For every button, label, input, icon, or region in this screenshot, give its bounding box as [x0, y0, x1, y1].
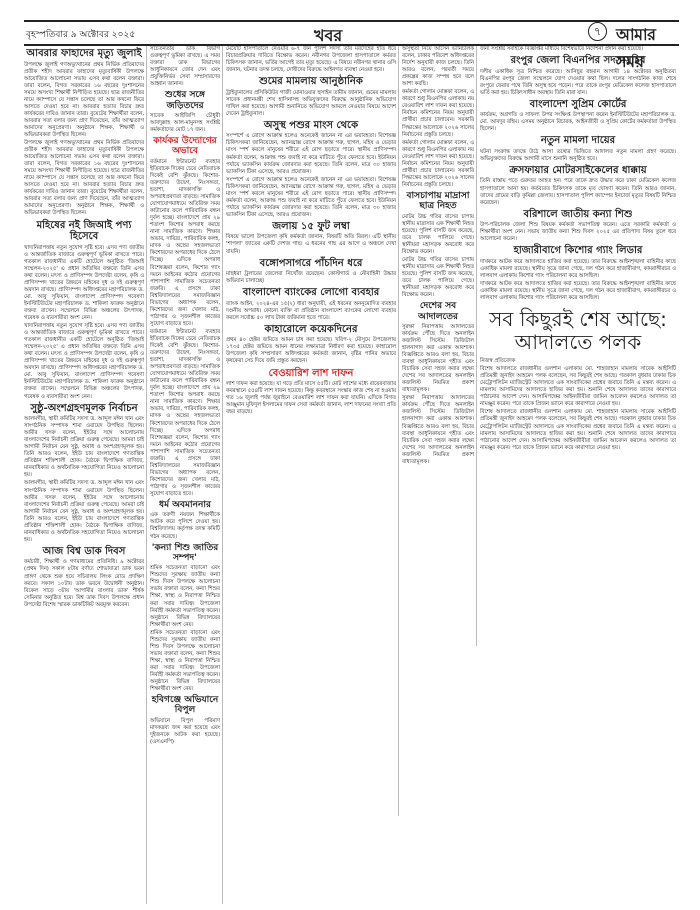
column-5: জন্য সংশ্লিষ্ট সবাইকে বিজ্ঞপ্তির মাধ্যমে…: [480, 46, 676, 906]
headline: বাসচাপায় মাদ্রাসা ছাত্র নিহত: [402, 191, 474, 212]
headline: অসুস্থ পশুর মাংস থেকে: [226, 120, 396, 132]
article-body: সচেতনতায় ডাক বিভাগ গুরুত্বপূর্ণ ভূমিকা …: [150, 46, 220, 88]
headline: জলায় ১৫ ফুট লম্বা: [226, 221, 396, 233]
article-body: অভিযানে বিপুল পরিমাণ মাদকদ্রব্য জব্দ করা…: [150, 718, 220, 746]
article-body: বর্তমানে ইন্টারনেট ব্যবহার ইতিবাচক দিকের…: [150, 159, 220, 328]
article-body: এক তরুণী নয়জন শিক্ষার্থীকে আটক করে পুলি…: [150, 512, 220, 540]
article-body: সুরক্ষা নিরাপত্তায় আদালতের কার্যক্রম পৌ…: [402, 395, 474, 465]
article-body: শ্রমিক সচেতনতা বাড়ানো এবং শিশুদের সুরক্…: [150, 565, 220, 628]
article-body: তিনি রাস্তায় পড়ে গুরুতর আহত হন। পরে তা…: [480, 178, 676, 206]
column-3: মেয়েটি হাসপাতালে নেওয়ার ৬-৭ জন পুলিশ স…: [226, 46, 396, 906]
column-4: অসুস্থতা নিয়ে আসেন ভ্যানচালক বলেন, ঢাকা…: [402, 46, 474, 816]
headline: মহিষের নই জিআই পণ্য হিসেবে: [24, 220, 144, 243]
article-body: বিশেষ আদালতে রাজধানীর গুলশান এলাকায় মো.…: [480, 366, 676, 408]
headline: বাংলাদেশ সুপ্রিম কোর্টের: [480, 99, 676, 111]
article-body: বর্তমানে ইন্টারনেট ব্যবহার ইতিবাচক দিকের…: [150, 329, 220, 498]
headline: বঙ্গোপসাগরে পাঁচদিন ধরে: [226, 258, 396, 270]
headline: আবরার ফাহাদের মৃত্যু জুলাই: [24, 48, 144, 60]
column-divider: [146, 46, 147, 904]
headline: ক্রসফায়ার মোটরসাইকেলের ধাক্কায়: [480, 165, 676, 177]
headline: হাজারীবাগে কিশোর গ্যাং লিডার: [480, 245, 676, 257]
headline: হবিগঞ্জে অভিযানে বিপুল: [150, 695, 220, 716]
headline: সুষ্ঠু-অংশগ্রহণমূলক নির্বাচন: [24, 403, 144, 415]
article-body: লাশ দাফন করা হয়েছে। যা গড়ে প্রতি মাসে …: [226, 381, 396, 416]
article-body: ঘটনা সংক্রান্ত তদন্তে উঠে আসা তথ্যের ভিত…: [480, 149, 676, 163]
article-body: দাখকরে আটক করে আদালতে হাজির করা হয়েছে। …: [480, 259, 676, 280]
article-body: সাবেক আইজিপি চৌধুরী আবদুল্লাহ আল-মামুনসহ…: [150, 113, 220, 134]
article-body: উপলক্ষে জুলাই গণঅভ্যুত্থানের প্রথম নির্ভ…: [24, 140, 144, 218]
article-body: অসুস্থতা নিয়ে আসেন ভ্যানচালক বলেন, ঢাকা…: [402, 46, 474, 88]
headline: শুমের মামলায় আনুষ্ঠানিক: [226, 76, 396, 88]
article-body: বিশেষ আদালতে রাজধানীর গুলশান এলাকায় মো.…: [480, 409, 676, 451]
headline: বরিশালে জাতীয় কন্যা শিশু: [480, 209, 676, 221]
headline: নতুন মামলা দায়ের: [480, 135, 676, 147]
article-body: খাদ্যনিরাপত্তায় নতুন সুযোগ সৃষ্টি হবে। …: [24, 245, 144, 323]
headline: ধর্ম অবমাননার: [150, 500, 220, 510]
article-body: কর্মকর্তা গোলাম মোস্তফা বলেন, এ কারণে শু…: [402, 140, 474, 189]
byline: নিজস্ব প্রতিবেদক: [480, 358, 676, 365]
column-1: আবরার ফাহাদের মৃত্যু জুলাই উপলক্ষে জুলাই…: [24, 46, 144, 906]
article-body: মোটর উচ্চ গতির বাসের চাপায় স্থানীয় মাদ…: [402, 257, 474, 299]
masthead: বৃহস্পতিবার ৯ অক্টোবর ২০২৫ খবর ৭ আমার সম…: [24, 20, 679, 46]
article-body: মেয়েটি হাসপাতালে নেওয়ার ৬-৭ জন পুলিশ স…: [226, 46, 396, 74]
article-body: জন্য সংশ্লিষ্ট সবাইকে বিজ্ঞপ্তির মাধ্যমে…: [480, 46, 676, 53]
article-body: দলীয় একাধিক সূত্র নিশ্চিত করেছে। আনিছুর…: [480, 69, 676, 97]
issue-date: বৃহস্পতিবার ৯ অক্টোবর ২০২৫: [26, 27, 135, 42]
article-body: কর্মচারী, শিক্ষার্থী ও গণমাধ্যমের প্রতিন…: [24, 559, 144, 608]
article-body: বিষয়ে ভালো উপজেলা কৃষি কর্মকর্তা জানান,…: [226, 234, 396, 255]
article-body: উপ-পরিচালক জেলা শিশু বিষয়ক কর্মকর্তা সভ…: [480, 222, 676, 243]
article-body: আলমগীর, স্থায়ী কমিটির সদস্য ড. আব্দুল ম…: [24, 480, 144, 543]
article-body: আলমগীর, স্থায়ী কমিটির সদস্য ড. আব্দুল ম…: [24, 416, 144, 479]
headline-red: কার্যকর উদ্যোগের অভাবে: [150, 136, 220, 157]
article-body: কার্যক্রম, অগ্রগতি ও সাফল্য উপর সংক্ষিপ্…: [480, 112, 676, 133]
article-body: মোটর উচ্চ গতির বাসের চাপায় স্থানীয় মাদ…: [402, 214, 474, 256]
article-body: সংস্পর্শে এ রোগে আক্রান্ত হলেও অনেকেই জা…: [226, 177, 396, 219]
article-body: প্রথম ৪০ হেক্টর জমিতে আমন চাষ করা হয়েছে…: [226, 337, 396, 365]
lead-headline: সব কিছুরই শেষ আছে: আদালতে পলক: [480, 308, 676, 354]
headline: বাংলাদেশ ব্যাংকের লোগো ব্যবহার: [226, 287, 396, 299]
article-body: খাদ্যনিরাপত্তায় নতুন সুযোগ সৃষ্টি হবে। …: [24, 323, 144, 401]
page-number-badge: ৭: [588, 22, 607, 41]
article-body: কর্মকর্তা গোলাম মোস্তফা বলেন, এ কারণে শু…: [402, 89, 474, 138]
headline: আজ বিশ্ব ডাক দিবস: [24, 546, 144, 558]
article-body: সুরক্ষা নিরাপত্তায় আদালতের কার্যক্রম পৌ…: [402, 324, 474, 394]
column-divider: [222, 46, 223, 904]
article-body: দাখকরে আটক করে আদালতে হাজির করা হয়েছে। …: [480, 281, 676, 302]
headline: দেশের সব আদালতের: [402, 301, 474, 322]
article-body: সংস্পর্শে এ রোগে আক্রান্ত হলেও অনেকেই জা…: [226, 133, 396, 175]
headline: রংপুর জেলা বিএনপির সদস্যসচিব: [480, 55, 676, 67]
headline: কাহারোলে কয়েকদিনের: [226, 324, 396, 336]
headline: 'কন্যা শিশু জাতির সম্পদ': [150, 543, 220, 564]
column-divider: [398, 46, 399, 816]
column-2: সচেতনতায় ডাক বিভাগ গুরুত্বপূর্ণ ভূমিকা …: [150, 46, 220, 906]
headline: শুধের সঙ্গে জড়িতদের: [150, 90, 220, 111]
article-body: মাছধরা ট্রলারের জেলেরা নিখোঁজ রয়েছেন। ক…: [226, 271, 396, 285]
column-divider: [476, 46, 477, 646]
article-body: উপলক্ষে জুলাই গণঅভ্যুত্থানের প্রথম নির্ভ…: [24, 62, 144, 140]
headline-red: বেওয়ারিশ লাশ দাফন: [226, 368, 396, 380]
article-body: ট্রাইব্যুনালের প্রসিকিউটর গাজী মোনাওয়ার…: [226, 90, 396, 118]
article-body: শ্রমিক সচেতনতা বাড়ানো এবং শিশুদের সুরক্…: [150, 630, 220, 693]
article-body: ব্যাংক আইন, ২০২৪-এর ১৫(২) ধারা অনুযায়ী,…: [226, 301, 396, 322]
